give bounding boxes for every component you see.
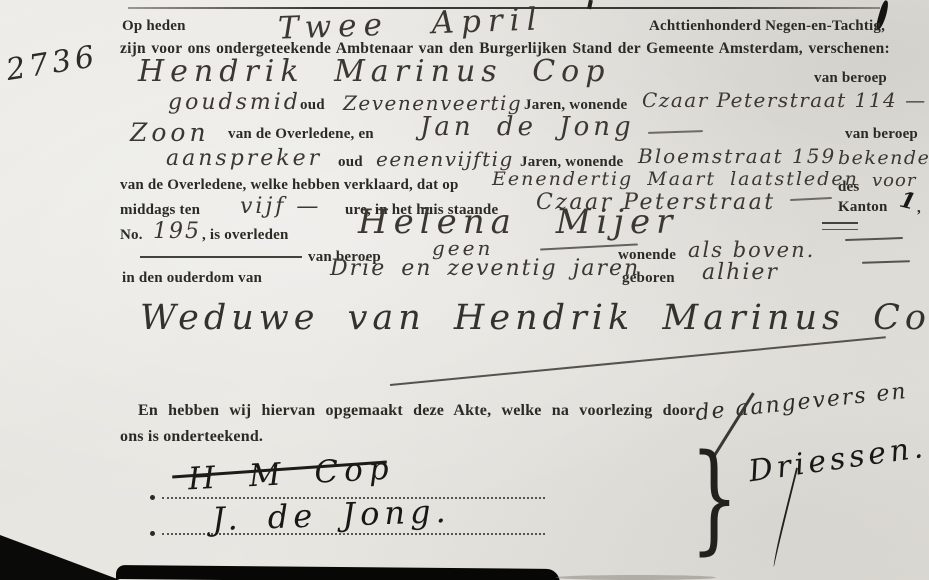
scan-artifact-corner-triangle [0,535,120,580]
deceased-residence: als boven. [688,238,815,262]
death-hour: vijf — [240,194,321,219]
margin-record-number: 2736 [4,39,101,88]
declarant1-address: Czaar Peterstraat 114 — [642,88,927,112]
scan-artifact-bottom-bar [116,565,560,580]
signature2-bullet [150,531,155,536]
label-van-beroep-1: van beroep [814,70,887,87]
signature1-bullet [150,495,155,500]
declarant2-name: Jan de Jong [420,112,635,142]
fill-dash-under-kanton [822,222,858,230]
signature-official: Driessen. [746,430,928,490]
label-kanton: Kanton [838,199,888,216]
label-year: Achttienhonderd Negen-en-Tachtig, [649,18,885,35]
signature-brace: } [690,428,739,566]
label-geboren: geboren [622,270,675,287]
declarant2-relation: bekende [838,147,929,169]
death-certificate-scan: 2736 Op heden Twee April Achttienhonderd… [0,0,929,580]
fill-dash-after-street [790,197,832,201]
deceased-age: Drie en zeventig jaren [330,256,640,281]
fill-dash-after-residence [845,237,903,241]
death-date: Eenendertig Maart laatstleden [492,168,859,190]
label-middags-ten: middags ten [120,202,200,219]
closing-read-by: de aangevers en [694,379,908,426]
label-is-overleden: , is overleden [202,227,289,244]
label-des: des [838,179,859,196]
fill-dash-after-birthplace [862,260,910,264]
label-verklaard: van de Overledene, welke hebben verklaar… [120,177,459,194]
declarant1-relation: Zoon [130,118,210,147]
deceased-birthplace: alhier [702,260,779,285]
deceased-name: Helena Mijer [358,202,678,242]
declarant2-occupation: aanspreker [166,146,322,171]
label-no: No. [120,227,143,244]
widow-line: Weduwe van Hendrik Marinus Cop [140,298,929,338]
closing-text-2: ons is onderteekend. [120,428,263,446]
declarant1-name: Hendrik Marinus Cop [138,54,610,89]
house-number: 195 [153,219,201,244]
label-oud-2: oud [338,154,363,171]
fill-dash-after-declarant2-name [648,130,703,134]
scan-artifact-bottom-smudge [556,575,716,580]
declarant2-address: Bloemstraat 159 [638,144,836,168]
label-relation-1: van de Overledene, en [228,126,374,143]
widow-underline-flourish [390,336,886,385]
label-van-beroep-2: van beroep [845,126,918,143]
blank-fill-rule [140,256,302,258]
closing-text-1: En hebben wij hiervan opgemaakt deze Akt… [138,402,695,420]
label-ouderdom: in den ouderdom van [122,270,262,287]
label-op-heden: Op heden [122,18,186,35]
kanton-comma: , [917,200,921,217]
declarant1-occupation: goudsmid [168,90,301,115]
label-oud-1: oud [300,97,325,114]
